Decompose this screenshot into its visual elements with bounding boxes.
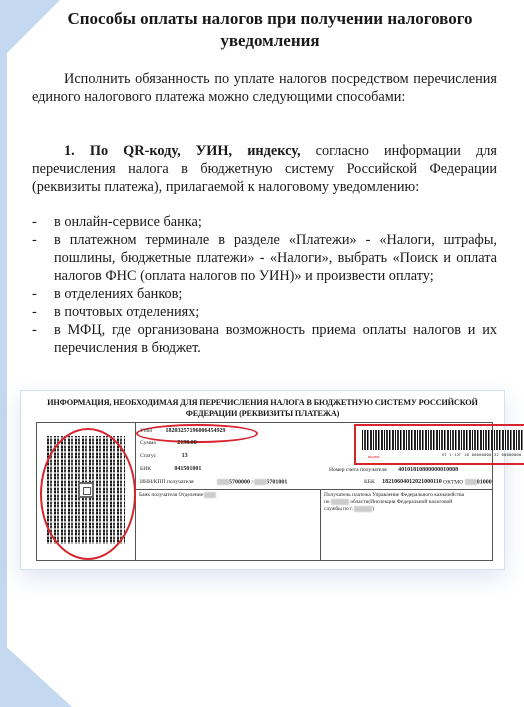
inn-value: 5700000	[229, 479, 250, 485]
barcode-icon	[362, 430, 524, 450]
bullet-dash: -	[32, 285, 37, 303]
uin-label: УИН	[140, 428, 152, 435]
payment-form: УИН 18203257196006454929 Сумма 2198.00 С…	[36, 422, 493, 561]
qr-highlight-oval	[40, 428, 136, 560]
payment-fields: УИН 18203257196006454929 Сумма 2198.00 С…	[136, 423, 492, 493]
list-item: -в почтовых отделениях;	[32, 303, 497, 321]
bank-row: Банк получателя Отделение	[139, 492, 216, 499]
redacted-block	[254, 479, 266, 485]
decorative-side-strip	[0, 0, 7, 707]
payment-channels-list: -в онлайн-сервисе банка; -в платежном те…	[32, 213, 497, 357]
form-divider	[136, 489, 492, 490]
oktmo-value: 01000	[477, 479, 492, 485]
intro-text: Исполнить обязанность по уплате налогов …	[32, 71, 497, 105]
barcode-digits: ST 1 12Г 18 00000000 32 00000000 0000 8 …	[442, 452, 524, 457]
kbk-value: 18210604012021000110	[382, 479, 442, 485]
sum-value: 2198.00	[177, 440, 197, 446]
account-value: 40101810800000010008	[398, 467, 458, 473]
inn-kpp-row: ИНН/КПП получателя 5700000 / 5701001	[140, 479, 287, 486]
bullet-dash: -	[32, 321, 37, 339]
list-item-text: в отделениях банков;	[54, 286, 182, 302]
bullet-dash: -	[32, 231, 37, 249]
recipient-line: службы по г. )	[324, 506, 484, 513]
redacted-block	[331, 499, 349, 505]
recipient-line: Получатель платежа Управление Федерально…	[324, 492, 484, 499]
list-item: -в отделениях банков;	[32, 285, 497, 303]
method-1-heading: 1. По QR-коду, УИН, индексу,	[64, 143, 301, 159]
list-item-text: в МФЦ, где организована возможность прие…	[54, 322, 497, 356]
kbk-label: КБК	[364, 479, 375, 486]
kpp-value: 5701001	[266, 479, 287, 485]
page-title: Способы оплаты налогов при получении нал…	[40, 8, 500, 52]
bullet-dash: -	[32, 303, 37, 321]
payment-form-title: ИНФОРМАЦИЯ, НЕОБХОДИМАЯ ДЛЯ ПЕРЕЧИСЛЕНИЯ…	[29, 397, 496, 419]
status-value: 13	[182, 453, 188, 459]
form-column-divider	[320, 489, 321, 560]
intro-paragraph: Исполнить обязанность по уплате налогов …	[32, 70, 497, 106]
bullet-dash: -	[32, 213, 37, 231]
redacted-block	[354, 506, 372, 512]
list-item-text: в платежном терминале в разделе «Платежи…	[54, 232, 497, 284]
list-item: -в платежном терминале в разделе «Платеж…	[32, 231, 497, 285]
recipient-block: Получатель платежа Управление Федерально…	[324, 492, 484, 513]
account-row: Номер счета получателя 40101810800000010…	[329, 467, 458, 474]
uin-row: УИН 18203257196006454929	[140, 428, 225, 435]
account-label: Номер счета получателя	[329, 467, 387, 474]
method-1-paragraph: 1. По QR-коду, УИН, индексу, согласно ин…	[32, 142, 497, 196]
uin-value: 18203257196006454929	[165, 428, 225, 434]
list-item: -в МФЦ, где организована возможность при…	[32, 321, 497, 357]
list-item-text: в онлайн-сервисе банка;	[54, 214, 202, 230]
sum-row: Сумма 2198.00	[140, 440, 197, 447]
redacted-block	[217, 479, 229, 485]
status-label: Статус	[140, 453, 156, 460]
list-item: -в онлайн-сервисе банка;	[32, 213, 497, 231]
list-item-text: в почтовых отделениях;	[54, 304, 199, 320]
inn-kpp-label: ИНН/КПП получателя	[140, 479, 194, 486]
bik-row: БИК 041501001	[140, 466, 201, 473]
status-row: Статус 13	[140, 453, 188, 460]
decorative-corner-bottom	[0, 641, 72, 707]
redacted-block	[465, 479, 477, 485]
bank-value: Отделение	[178, 492, 203, 498]
oktmo-label: ОКТМО	[443, 479, 463, 485]
bik-value: 041501001	[174, 466, 201, 472]
barcode-highlight-box: ST 1 12Г 18 00000000 32 00000000 0000 8 …	[354, 424, 524, 465]
barcode-index-label: индекс	[368, 454, 380, 459]
bik-label: БИК	[140, 466, 151, 473]
redacted-block	[204, 492, 216, 498]
sum-label: Сумма	[140, 440, 156, 447]
qr-cell	[37, 423, 136, 560]
kbk-row: КБК 18210604012021000110 ОКТМО 01000	[364, 479, 492, 486]
bank-label: Банк получателя	[139, 492, 177, 498]
payment-details-image: ИНФОРМАЦИЯ, НЕОБХОДИМАЯ ДЛЯ ПЕРЕЧИСЛЕНИЯ…	[20, 390, 505, 570]
